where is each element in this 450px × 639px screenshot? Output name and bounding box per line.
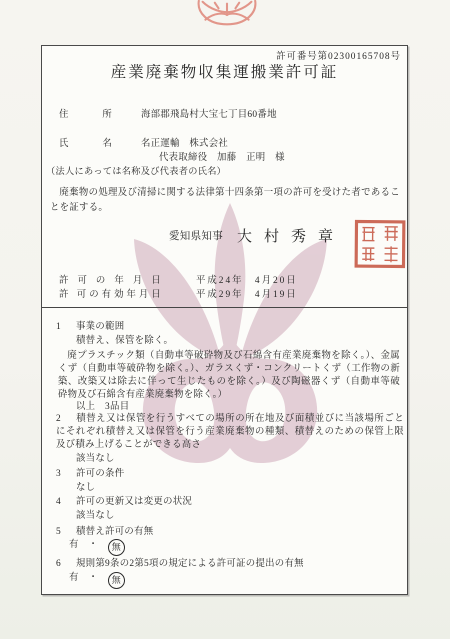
expiry-date-value: 平成29年 4月19日 — [196, 290, 298, 300]
section1-title: 事業の範囲 — [76, 322, 124, 332]
name-label: 氏 名 — [59, 138, 112, 151]
issuer-row: 愛知県知事大村秀章 — [169, 230, 345, 246]
section3-title: 許可の条件 — [76, 469, 124, 479]
permit-number: 許可番号第02300165708号 — [276, 51, 401, 64]
section3-heading: 3許可の条件 — [56, 468, 404, 481]
section5-number: 5 — [56, 526, 76, 539]
section1-waste-items: 廃プラスチック類（自動車等破砕物及び石綿含有産業廃棄物を除く。）、金属くず（自動… — [58, 350, 400, 402]
section5-yes: 有 — [69, 540, 79, 550]
expiry-date-label: 許 可の有効年月日 — [59, 289, 161, 302]
section6-dot: ・ — [88, 573, 98, 583]
section2-title: 積替え又は保管を行うすべての場所の所在地及び面積並びに当該場所ごとにそれぞれ積替… — [56, 414, 404, 450]
permit-date-row: 許 可 の 年 月 日平成24年 4月20日 — [59, 275, 298, 288]
address-value: 海部郡飛島村大宝七丁目60番地 — [141, 110, 277, 120]
section-divider — [42, 307, 407, 308]
address-row: 住 所海部郡飛島村大宝七丁目60番地 — [59, 109, 277, 122]
permit-date-value: 平成24年 4月20日 — [196, 276, 298, 286]
section2-value: 該当なし — [76, 453, 115, 466]
section2-heading: 2積替え又は保管を行うすべての場所の所在地及び面積並びに当該場所ごとにそれぞれ積… — [56, 413, 404, 452]
section5-heading: 5積替え許可の有無 — [56, 526, 404, 539]
section3-number: 3 — [56, 468, 76, 481]
section1-heading: 1事業の範囲 — [56, 321, 404, 334]
section2-number: 2 — [56, 413, 76, 426]
corporation-note: （法人にあっては名称及び代表者の氏名） — [46, 165, 226, 178]
section6-yes: 有 — [69, 573, 79, 583]
section6-yes-no: 有・無 — [69, 572, 125, 589]
name-row: 氏 名名正運輸 株式会社 — [59, 138, 228, 151]
section5-dot: ・ — [88, 540, 98, 550]
issuer-name: 大村秀章 — [237, 229, 345, 245]
scanned-permit-sheet: 許可番号第02300165708号 産業廃棄物収集運搬業許可証 住 所海部郡飛島… — [0, 0, 450, 639]
issuer-title: 愛知県知事 — [169, 231, 223, 242]
certification-statement: 廃棄物の処理及び清掃に関する法律第十四条第一項の許可を受けた者であることを証する… — [50, 186, 400, 216]
section6-no-circled: 無 — [108, 572, 125, 589]
section6-number: 6 — [56, 558, 76, 571]
permit-date-label: 許 可 の 年 月 日 — [59, 275, 161, 288]
section4-number: 4 — [56, 496, 76, 509]
section4-value: 該当なし — [76, 510, 115, 523]
section4-title: 許可の更新又は変更の状況 — [76, 497, 192, 507]
section5-no-circled: 無 — [108, 539, 125, 556]
section3-value: なし — [76, 482, 95, 495]
document-title: 産業廃棄物収集運搬業許可証 — [42, 66, 407, 79]
section1-number: 1 — [56, 321, 76, 334]
representative-name: 代表取締役 加藤 正明 様 — [159, 152, 285, 165]
section4-heading: 4許可の更新又は変更の状況 — [56, 496, 404, 509]
section6-heading: 6規則第9条の2第5項の規定による許可証の提出の有無 — [56, 558, 404, 571]
company-name: 名正運輸 株式会社 — [141, 139, 228, 149]
section5-title: 積替え許可の有無 — [76, 527, 153, 537]
governor-seal-icon — [354, 219, 406, 269]
section1-note: 積替え、保管を除く。 — [76, 335, 173, 348]
address-label: 住 所 — [59, 109, 112, 122]
section5-yes-no: 有・無 — [69, 539, 125, 556]
section6-title: 規則第9条の2第5項の規定による許可証の提出の有無 — [76, 559, 304, 569]
certificate-frame: 許可番号第02300165708号 産業廃棄物収集運搬業許可証 住 所海部郡飛島… — [41, 45, 408, 595]
expiry-date-row: 許 可の有効年月日平成29年 4月19日 — [59, 289, 298, 302]
tally-stamp-icon — [196, 0, 258, 28]
